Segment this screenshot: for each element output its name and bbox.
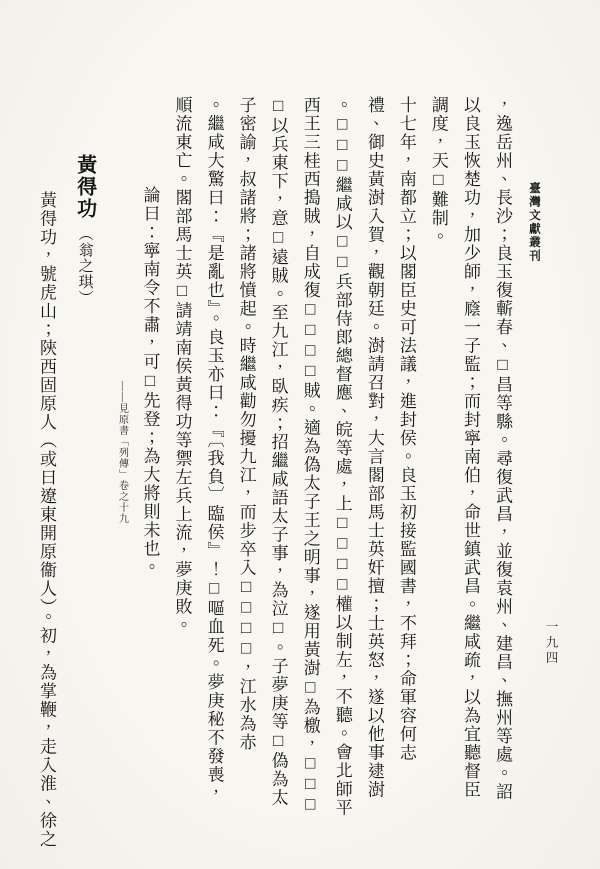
source-note-column: ——見原書「列傳」卷之十九 bbox=[116, 96, 128, 794]
text-column: 十七年，南都立；以閣臣史可法議，進封侯。良玉初接監國書，不拜；命軍容何志 bbox=[396, 96, 416, 794]
text-column: 禮、御史黃澍入賀，觀朝廷。澍請召對，大言閣部馬士英奸擅；士英怒，遂以他事逮澍 bbox=[364, 96, 384, 794]
heading-name: 黃得功 bbox=[74, 154, 96, 220]
page-number: 一九四 bbox=[542, 620, 560, 667]
text-column: □以兵東下，意□遠賊。至九江，臥疾；招繼咸語太子事，為泣□。子夢庚等□偽為太 bbox=[268, 96, 288, 794]
scanned-book-page: 臺灣文獻叢刊 一九四 ，逸岳州、長沙；良玉復蘄春、□昌等縣。尋復武昌，並復袁州、… bbox=[0, 0, 600, 869]
section-heading: 黃得功（翁之琪） bbox=[72, 96, 96, 794]
text-column: 。繼咸大驚曰：『是亂也』。良玉亦曰：『〔我負〕臨侯』！□嘔血死。夢庚秘不發喪， bbox=[204, 96, 224, 794]
text-column: ，逸岳州、長沙；良玉復蘄春、□昌等縣。尋復武昌，並復袁州、建昌、撫州等處。詔 bbox=[492, 96, 512, 794]
text-column: 。□□□繼咸以□□兵部侍郎總督應、皖等處，上□□□□權以制左，不聽。會北師平 bbox=[332, 96, 352, 794]
series-title: 臺灣文獻叢刊 bbox=[526, 182, 542, 263]
text-column: 順流東亡。閣部馬士英□請靖南侯黃得功等禦左兵上流，夢庚敗。 bbox=[171, 96, 191, 794]
commentary-column: 論曰：寧南令不肅，可□先登；為大將則未也。 bbox=[139, 96, 159, 794]
text-column: 調度，天□難制。 bbox=[428, 96, 448, 794]
heading-annotation: （翁之琪） bbox=[77, 226, 93, 306]
main-text-block: ，逸岳州、長沙；良玉復蘄春、□昌等縣。尋復武昌，並復袁州、建昌、撫州等處。詔以良… bbox=[24, 96, 512, 794]
text-column: 子密諭，叔諸將；諸將憤起。時繼咸勸勿擾九江，而步卒入□□□□，江水為赤 bbox=[236, 96, 256, 794]
text-column: 黃得功，號虎山；陝西固原人（或曰遼東開原衞人）。初，為掌鞭，走入淮、徐之 bbox=[36, 96, 56, 794]
text-column: 西王三桂西搗賊，自成復□□□□賊。適為偽太子王之明事，遂用黃澍□為檄，□□□ bbox=[300, 96, 320, 794]
text-column: 以良玉恢楚功，加少師，廕一子監；而封寧南伯，命世鎮武昌。繼咸疏，以為宜聽督臣 bbox=[460, 96, 480, 794]
